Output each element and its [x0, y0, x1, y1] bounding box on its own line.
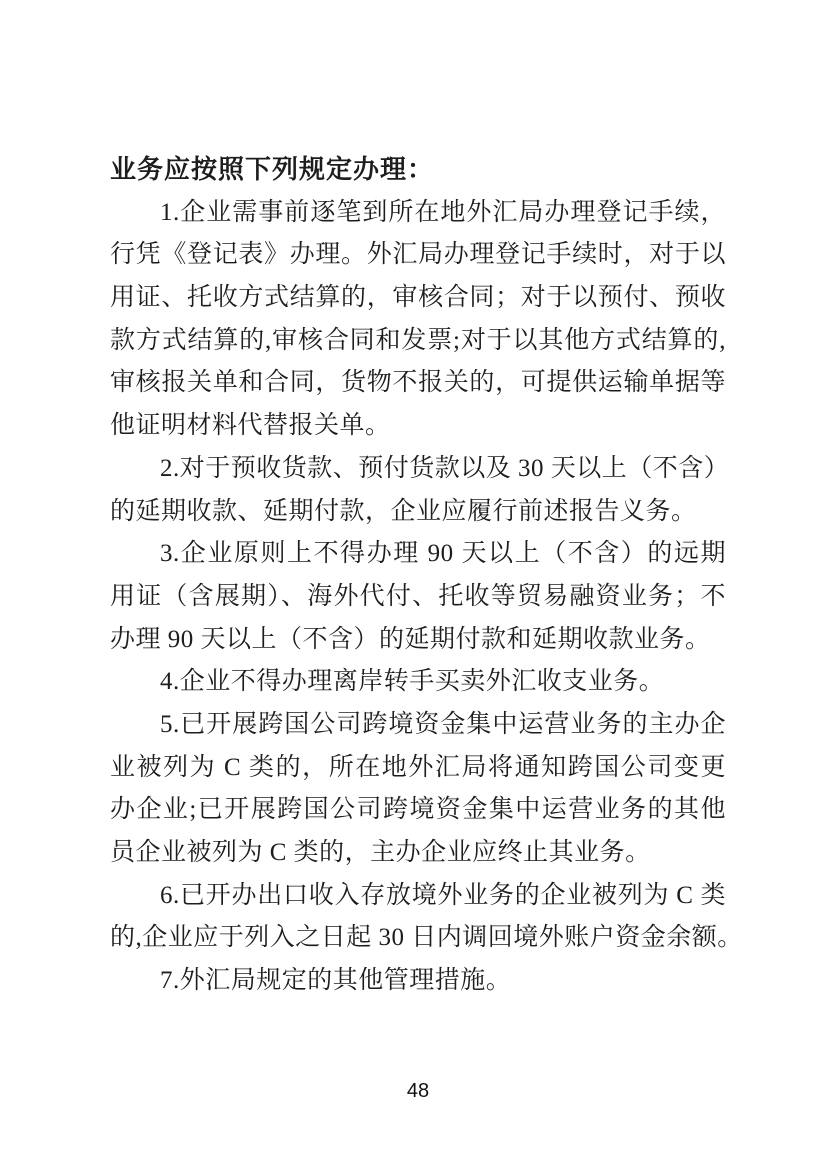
- text-line: 3.企业原则上不得办理 90 天以上（不含）的远期信: [110, 533, 726, 576]
- text-line: 款方式结算的,审核合同和发票;对于以其他方式结算的,: [110, 320, 726, 363]
- text-line: 7.外汇局规定的其他管理措施。: [110, 960, 726, 1003]
- text-line: 的延期收款、延期付款，企业应履行前述报告义务。: [110, 491, 726, 534]
- text-line: 2.对于预收货款、预付货款以及 30 天以上（不含）: [110, 448, 726, 491]
- text-line: 办理 90 天以上（不含）的延期付款和延期收款业务。: [110, 619, 726, 662]
- page-number: 48: [110, 1080, 726, 1103]
- text-line: 用证（含展期）、海外代付、托收等贸易融资业务；不得: [110, 576, 726, 619]
- text-line: 4.企业不得办理离岸转手买卖外汇收支业务。: [110, 661, 726, 704]
- text-line: 业被列为 C 类的，所在地外汇局将通知跨国公司变更主: [110, 747, 726, 790]
- text-line: 审核报关单和合同，货物不报关的，可提供运输单据等其: [110, 362, 726, 405]
- document-page: 业务应按照下列规定办理： 1.企业需事前逐笔到所在地外汇局办理登记手续，银 行凭…: [0, 0, 827, 1170]
- document-body: 业务应按照下列规定办理： 1.企业需事前逐笔到所在地外汇局办理登记手续，银 行凭…: [110, 149, 726, 1003]
- text-line: 5.已开展跨国公司跨境资金集中运营业务的主办企: [110, 704, 726, 747]
- section-heading: 业务应按照下列规定办理：: [110, 149, 726, 192]
- text-line: 用证、托收方式结算的，审核合同；对于以预付、预收货: [110, 277, 726, 320]
- text-line: 的,企业应于列入之日起 30 日内调回境外账户资金余额。: [110, 917, 726, 960]
- text-line: 办企业;已开展跨国公司跨境资金集中运营业务的其他成: [110, 789, 726, 832]
- text-line: 行凭《登记表》办理。外汇局办理登记手续时，对于以信: [110, 234, 726, 277]
- text-line: 6.已开办出口收入存放境外业务的企业被列为 C 类: [110, 875, 726, 918]
- text-line: 他证明材料代替报关单。: [110, 405, 726, 448]
- text-line: 1.企业需事前逐笔到所在地外汇局办理登记手续，银: [110, 192, 726, 235]
- text-line: 员企业被列为 C 类的，主办企业应终止其业务。: [110, 832, 726, 875]
